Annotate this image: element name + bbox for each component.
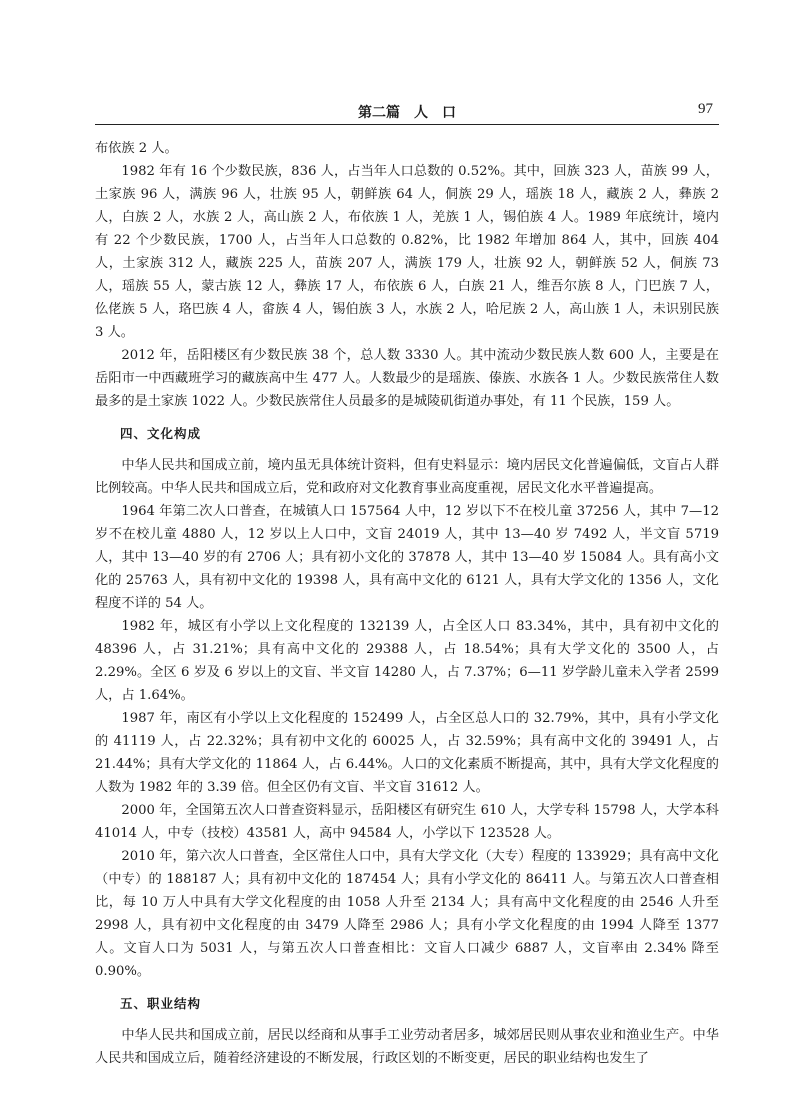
paragraph-occupation: 中华人民共和国成立前，居民以经商和从事手工业劳动者居多，城郊居民则从事农业和渔业…: [95, 1024, 719, 1070]
paragraph-culture-2000: 2000 年，全国第五次人口普查资料显示，岳阳楼区有研究生 610 人，大学专科…: [95, 799, 719, 845]
body-text: 布依族 2 人。 1982 年有 16 个少数民族，836 人，占当年人口总数的…: [95, 137, 719, 1070]
carryover-paragraph: 布依族 2 人。: [95, 137, 719, 160]
paragraph-culture-1964: 1964 年第二次人口普查，在城镇人口 157564 人中，12 岁以下不在校儿…: [95, 500, 719, 615]
paragraph-culture-2010: 2010 年，第六次人口普查，全区常住人口中，具有大学文化（大专）程度的 133…: [95, 845, 719, 983]
section-heading-occupation: 五、职业结构: [95, 983, 719, 1024]
page-number: 97: [698, 101, 713, 118]
section-heading-culture: 四、文化构成: [95, 413, 719, 454]
paragraph-culture-pre1949: 中华人民共和国成立前，境内虽无具体统计资料，但有史料显示：境内居民文化普遍偏低，…: [95, 454, 719, 500]
running-title: 第二篇 人 口: [95, 102, 719, 122]
paragraph-culture-1987: 1987 年，南区有小学以上文化程度的 152499 人，占全区总人口的 32.…: [95, 707, 719, 799]
paragraph-ethnic-1982-1989: 1982 年有 16 个少数民族，836 人，占当年人口总数的 0.52%。其中…: [95, 160, 719, 344]
paragraph-culture-1982: 1982 年，城区有小学以上文化程度的 132139 人，占全区人口 83.34…: [95, 615, 719, 707]
paragraph-ethnic-2012: 2012 年，岳阳楼区有少数民族 38 个，总人数 3330 人。其中流动少数民…: [95, 344, 719, 413]
running-header: 第二篇 人 口 97: [95, 100, 719, 125]
